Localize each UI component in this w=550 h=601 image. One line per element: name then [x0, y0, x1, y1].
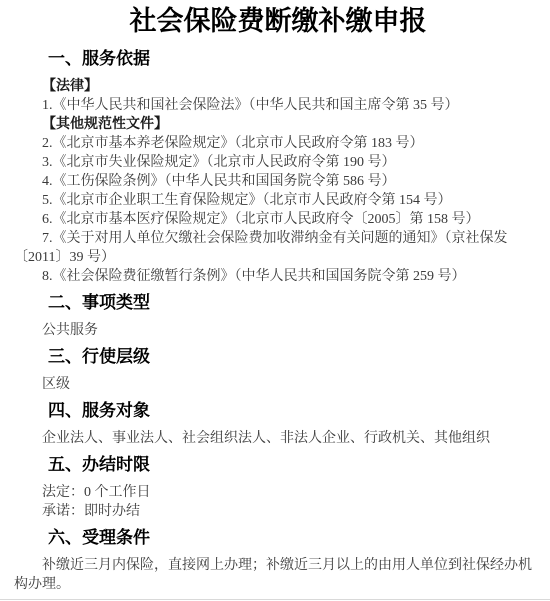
document-page: 社会保险费断缴补缴申报 一、服务依据 【法律】 1.《中华人民共和国社会保险法》…	[0, 0, 550, 594]
section-heading-acceptance-conditions: 六、受理条件	[14, 527, 542, 549]
promised-time-limit: 承诺：即时办结	[14, 502, 542, 521]
section-heading-exercise-level: 三、行使层级	[14, 346, 542, 368]
legal-basis-item-2: 2.《北京市基本养老保险规定》（北京市人民政府令第 183 号）	[14, 134, 542, 153]
legal-basis-item-1: 1.《中华人民共和国社会保险法》（中华人民共和国主席令第 35 号）	[14, 96, 542, 115]
legal-basis-item-4: 4.《工伤保险条例》（中华人民共和国国务院令第 586 号）	[14, 172, 542, 191]
legal-basis-item-8: 8.《社会保险费征缴暂行条例》（中华人民共和国国务院令第 259 号）	[14, 267, 542, 286]
statutory-time-limit: 法定：0 个工作日	[14, 483, 542, 502]
section-service-target: 四、服务对象 企业法人、事业法人、社会组织法人、非法人企业、行政机关、其他组织	[14, 400, 542, 448]
section-exercise-level: 三、行使层级 区级	[14, 346, 542, 394]
acceptance-conditions-text: 补缴近三月内保险，直接网上办理；补缴近三月以上的由用人单位到社保经办机构办理。	[14, 556, 542, 594]
exercise-level-value: 区级	[14, 375, 542, 394]
section-item-type: 二、事项类型 公共服务	[14, 292, 542, 340]
item-type-value: 公共服务	[14, 321, 542, 340]
legal-basis-item-7: 7.《关于对用人单位欠缴社会保险费加收滞纳金有关问题的通知》（京社保发〔2011…	[14, 229, 542, 267]
service-target-value: 企业法人、事业法人、社会组织法人、非法人企业、行政机关、其他组织	[14, 429, 542, 448]
section-service-basis: 一、服务依据 【法律】 1.《中华人民共和国社会保险法》（中华人民共和国主席令第…	[14, 48, 542, 286]
section-heading-service-target: 四、服务对象	[14, 400, 542, 422]
legal-basis-item-5: 5.《北京市企业职工生育保险规定》（北京市人民政府令第 154 号）	[14, 191, 542, 210]
section-heading-service-basis: 一、服务依据	[14, 48, 542, 70]
section-heading-completion-time: 五、办结时限	[14, 454, 542, 476]
legal-basis-item-3: 3.《北京市失业保险规定》（北京市人民政府令第 190 号）	[14, 153, 542, 172]
section-completion-time: 五、办结时限 法定：0 个工作日 承诺：即时办结	[14, 454, 542, 521]
page-title: 社会保险费断缴补缴申报	[14, 4, 542, 38]
section-heading-item-type: 二、事项类型	[14, 292, 542, 314]
law-group-label: 【法律】	[14, 77, 542, 96]
bottom-divider	[0, 599, 550, 600]
section-acceptance-conditions: 六、受理条件 补缴近三月内保险，直接网上办理；补缴近三月以上的由用人单位到社保经…	[14, 527, 542, 594]
other-docs-group-label: 【其他规范性文件】	[14, 115, 542, 134]
legal-basis-item-6: 6.《北京市基本医疗保险规定》（北京市人民政府令〔2005〕第 158 号）	[14, 210, 542, 229]
